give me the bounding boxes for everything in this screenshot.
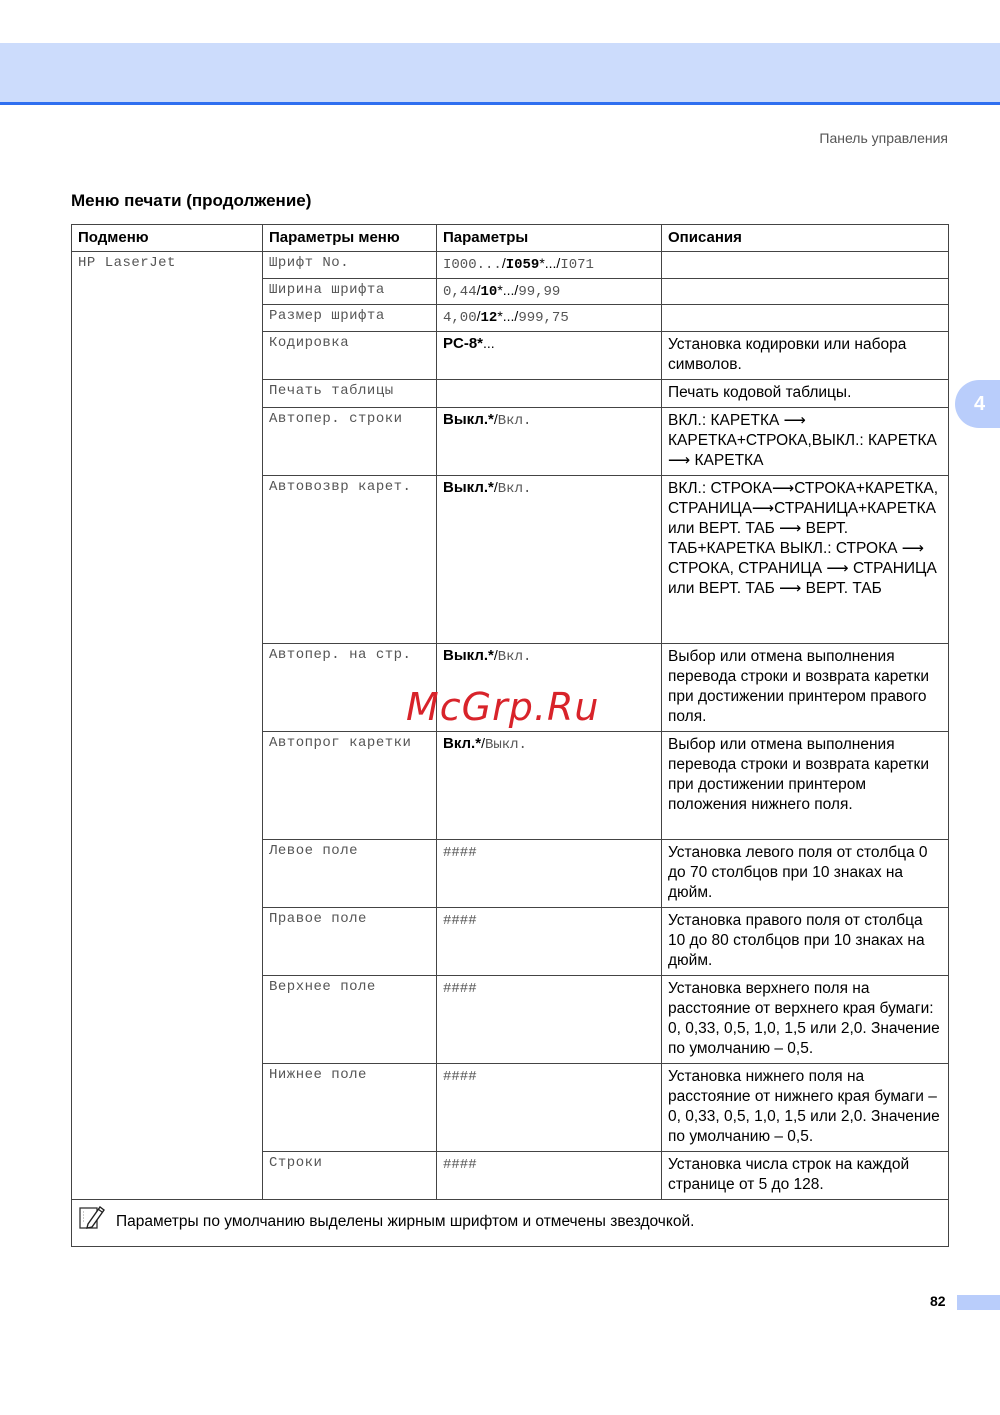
params-cell: PC-8*... [437, 332, 662, 380]
params-cell: #### [437, 908, 662, 976]
description-cell: Печать кодовой таблицы. [662, 380, 949, 408]
param-value: Выкл. [485, 737, 527, 753]
param-value: #### [443, 913, 477, 929]
menu-param-cell: Правое поле [263, 908, 437, 976]
description-cell [662, 305, 949, 332]
running-header: Панель управления [819, 130, 948, 146]
default-value: Выкл.* [443, 647, 494, 664]
param-value: I000... [443, 257, 502, 273]
column-header-menu-params: Параметры меню [263, 225, 437, 252]
default-value: PC-8* [443, 335, 483, 352]
param-value: #### [443, 981, 477, 997]
description-cell: Установка верхнего поля на расстояние от… [662, 976, 949, 1064]
default-value: Выкл.* [443, 411, 494, 428]
params-cell: 0,44/10*.../99,99 [437, 279, 662, 305]
params-cell: Вкл.*/Выкл. [437, 732, 662, 840]
submenu-cell: HP LaserJet [72, 252, 263, 1200]
menu-param-cell: Ширина шрифта [263, 279, 437, 305]
description-cell: Установка числа строк на каждой странице… [662, 1152, 949, 1200]
table-row: HP LaserJetШрифт No.I000.../I059*.../I07… [72, 252, 949, 279]
param-value: I071 [560, 257, 594, 273]
param-value: 99,99 [518, 284, 560, 300]
params-cell: #### [437, 840, 662, 908]
section-title: Меню печати (продолжение) [71, 191, 311, 211]
param-value: 999,75 [518, 310, 568, 326]
note-pencil-icon [78, 1203, 106, 1231]
default-value: Вкл.* [443, 735, 481, 752]
description-cell [662, 252, 949, 279]
column-header-descriptions: Описания [662, 225, 949, 252]
menu-param-cell: Печать таблицы [263, 380, 437, 408]
note: Параметры по умолчанию выделены жирным ш… [78, 1203, 942, 1231]
params-cell [437, 380, 662, 408]
menu-param-cell: Шрифт No. [263, 252, 437, 279]
menu-param-cell: Верхнее поле [263, 976, 437, 1064]
description-cell: Выбор или отмена выполнения перевода стр… [662, 644, 949, 732]
param-value: Вкл. [498, 649, 532, 665]
param-value: ... [483, 335, 495, 351]
print-menu-table: Подменю Параметры меню Параметры Описани… [71, 224, 949, 1247]
params-cell: 4,00/12*.../999,75 [437, 305, 662, 332]
table-header-row: Подменю Параметры меню Параметры Описани… [72, 225, 949, 252]
menu-param-cell: Автовозвр карет. [263, 476, 437, 644]
description-cell: Установка нижнего поля на расстояние от … [662, 1064, 949, 1152]
menu-param-cell: Строки [263, 1152, 437, 1200]
description-cell: Установка правого поля от столбца 10 до … [662, 908, 949, 976]
column-header-params: Параметры [437, 225, 662, 252]
params-cell: I000.../I059*.../I071 [437, 252, 662, 279]
param-value: #### [443, 1157, 477, 1173]
menu-param-cell: Кодировка [263, 332, 437, 380]
default-value: I059 [506, 257, 540, 273]
default-value: 12 [481, 310, 498, 326]
menu-param-cell: Автопрог каретки [263, 732, 437, 840]
param-value: #### [443, 1069, 477, 1085]
menu-param-cell: Нижнее поле [263, 1064, 437, 1152]
param-value: 0,44 [443, 284, 477, 300]
description-cell: Выбор или отмена выполнения перевода стр… [662, 732, 949, 840]
menu-param-cell: Размер шрифта [263, 305, 437, 332]
watermark: McGrp.Ru [406, 685, 599, 729]
params-cell: #### [437, 1064, 662, 1152]
params-cell: #### [437, 976, 662, 1064]
param-value: Вкл. [498, 481, 532, 497]
header-band [0, 43, 1000, 105]
menu-param-cell: Левое поле [263, 840, 437, 908]
column-header-submenu: Подменю [72, 225, 263, 252]
default-value: Выкл.* [443, 479, 494, 496]
description-cell: Установка левого поля от столбца 0 до 70… [662, 840, 949, 908]
page-band [957, 1295, 1000, 1310]
params-cell: Выкл.*/Вкл. [437, 408, 662, 476]
param-value: Вкл. [498, 413, 532, 429]
param-value: *.../ [539, 255, 560, 271]
page-number: 82 [930, 1293, 946, 1309]
description-cell: ВКЛ.: СТРОКА⟶СТРОКА+КАРЕТКА, СТРАНИЦА⟶СТ… [662, 476, 949, 644]
params-cell: #### [437, 1152, 662, 1200]
description-cell: Установка кодировки или набора символов. [662, 332, 949, 380]
param-value: 4,00 [443, 310, 477, 326]
param-value: *.../ [497, 308, 518, 324]
param-value: #### [443, 845, 477, 861]
description-cell [662, 279, 949, 305]
params-cell: Выкл.*/Вкл. [437, 476, 662, 644]
chapter-tab[interactable]: 4 [955, 380, 1000, 428]
note-text: Параметры по умолчанию выделены жирным ш… [116, 1213, 694, 1231]
menu-param-cell: Автопер. строки [263, 408, 437, 476]
default-value: 10 [481, 284, 498, 300]
note-row: Параметры по умолчанию выделены жирным ш… [72, 1200, 949, 1247]
description-cell: ВКЛ.: КАРЕТКА ⟶ КАРЕТКА+СТРОКА,ВЫКЛ.: КА… [662, 408, 949, 476]
param-value: *.../ [497, 282, 518, 298]
